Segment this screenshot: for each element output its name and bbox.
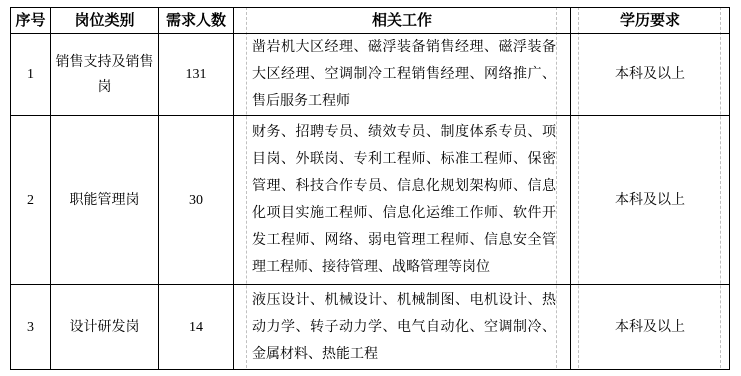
- cell-work: 凿岩机大区经理、磁浮装备销售经理、磁浮装备大区经理、空调制冷工程销售经理、网络推…: [234, 34, 571, 116]
- header-count: 需求人数: [159, 8, 234, 34]
- header-work: 相关工作: [234, 8, 571, 34]
- cell-seq: 2: [11, 116, 51, 285]
- recruitment-table: 序号 岗位类别 需求人数 相关工作 学历要求 1 销售支持及销售岗 131 凿岩…: [10, 7, 730, 370]
- cell-work: 财务、招聘专员、绩效专员、制度体系专员、项目岗、外联岗、专利工程师、标准工程师、…: [234, 116, 571, 285]
- header-category: 岗位类别: [51, 8, 159, 34]
- cell-seq: 3: [11, 285, 51, 370]
- cell-education: 本科及以上: [571, 285, 730, 370]
- recruitment-table-container: 序号 岗位类别 需求人数 相关工作 学历要求 1 销售支持及销售岗 131 凿岩…: [10, 7, 729, 368]
- table-row: 1 销售支持及销售岗 131 凿岩机大区经理、磁浮装备销售经理、磁浮装备大区经理…: [11, 34, 730, 116]
- table-header-row: 序号 岗位类别 需求人数 相关工作 学历要求: [11, 8, 730, 34]
- cell-count: 30: [159, 116, 234, 285]
- cell-category: 设计研发岗: [51, 285, 159, 370]
- table-row: 3 设计研发岗 14 液压设计、机械设计、机械制图、电机设计、热动力学、转子动力…: [11, 285, 730, 370]
- cell-education: 本科及以上: [571, 116, 730, 285]
- cell-category: 职能管理岗: [51, 116, 159, 285]
- cell-count: 14: [159, 285, 234, 370]
- cell-category: 销售支持及销售岗: [51, 34, 159, 116]
- cell-count: 131: [159, 34, 234, 116]
- table-row: 2 职能管理岗 30 财务、招聘专员、绩效专员、制度体系专员、项目岗、外联岗、专…: [11, 116, 730, 285]
- cell-work: 液压设计、机械设计、机械制图、电机设计、热动力学、转子动力学、电气自动化、空调制…: [234, 285, 571, 370]
- cell-seq: 1: [11, 34, 51, 116]
- header-seq: 序号: [11, 8, 51, 34]
- header-education: 学历要求: [571, 8, 730, 34]
- cell-education: 本科及以上: [571, 34, 730, 116]
